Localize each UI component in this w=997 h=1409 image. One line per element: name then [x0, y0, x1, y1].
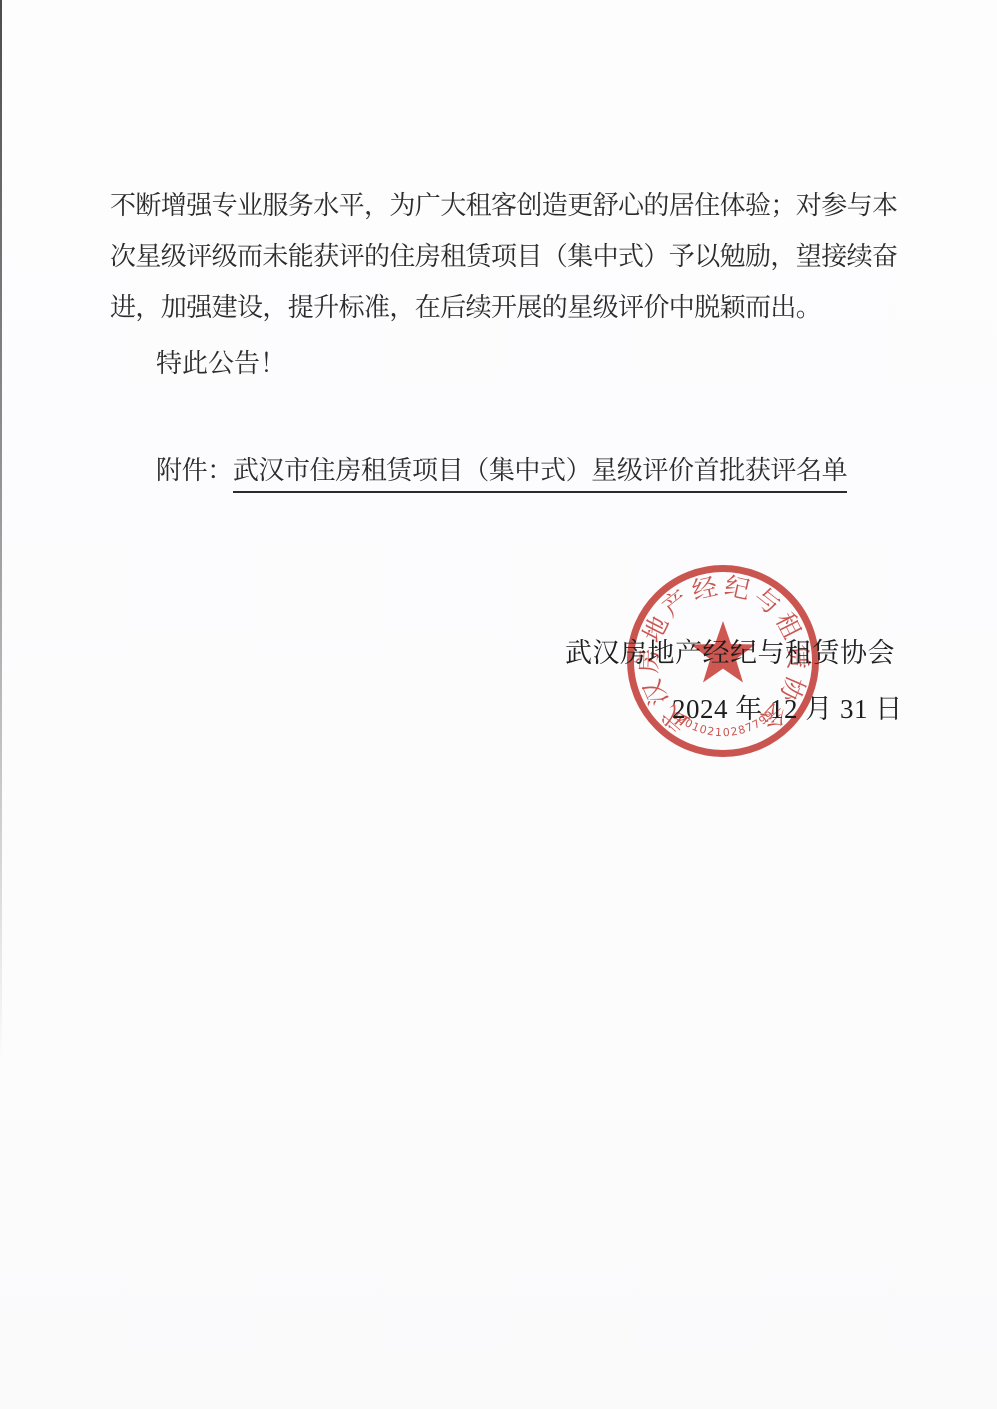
attachment-label: 附件： — [156, 456, 233, 485]
closing-statement: 特此公告！ — [156, 343, 286, 380]
scan-edge-artifact — [0, 0, 2, 1060]
body-line: 不断增强专业服务水平，为广大租客创造更舒心的居住体验；对参与本 — [110, 190, 897, 222]
scanned-announcement-page: 不断增强专业服务水平，为广大租客创造更舒心的居住体验；对参与本 次星级评级而未能… — [0, 0, 997, 1409]
signature-date: 2024 年 12 月 31 日 — [672, 687, 903, 726]
body-line: 次星级评级而未能获评的住房租赁项目（集中式）予以勉励，望接续奋 — [110, 241, 897, 273]
attachment-title: 武汉市住房租赁项目（集中式）星级评价首批获评名单 — [233, 456, 847, 493]
signature-organization: 武汉房地产经纪与租赁协会 — [565, 631, 895, 670]
body-line: 进，加强建设，提升标准，在后续开展的星级评价中脱颖而出。 — [110, 292, 821, 324]
attachment-line: 附件：武汉市住房租赁项目（集中式）星级评价首批获评名单 — [156, 450, 847, 487]
